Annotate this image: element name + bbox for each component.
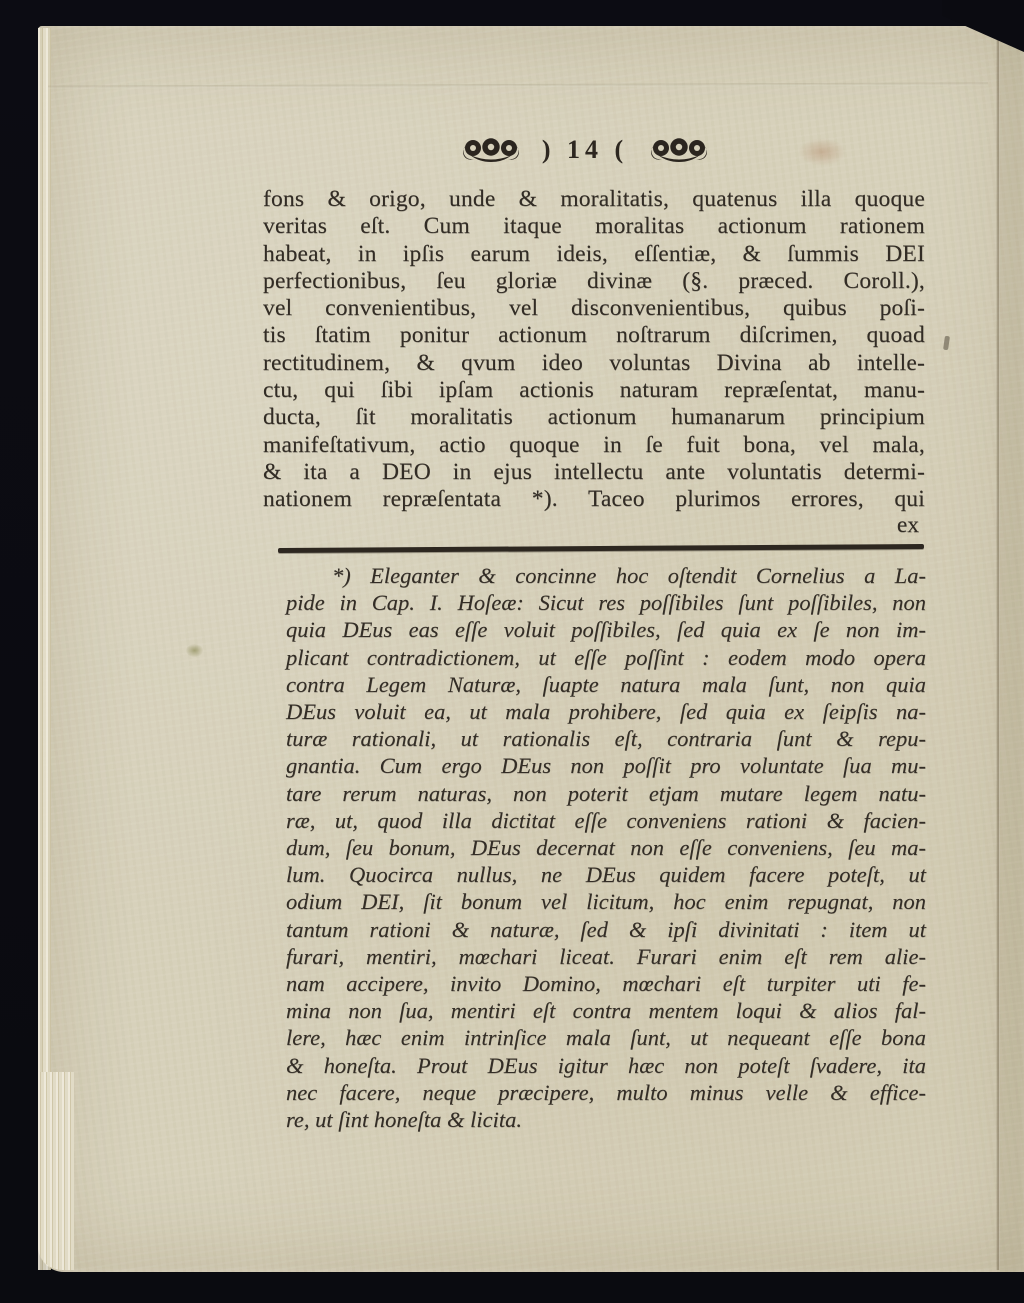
footnote-block: *) Eleganter & concinne hoc oſtendit Cor… bbox=[286, 562, 926, 1133]
text-line: manifeſtativum, actio quoque in ſe fuit … bbox=[263, 432, 925, 459]
footnote-line: tantum rationi & naturæ, ſed & ipſi divi… bbox=[286, 916, 926, 943]
page-margin-shade bbox=[1000, 26, 1024, 1272]
footnote-line: & honeſta. Prout DEus igitur hæc non pot… bbox=[286, 1052, 926, 1079]
footnote-line: *) Eleganter & concinne hoc oſtendit Cor… bbox=[286, 562, 926, 589]
footnote-line: nam accipere, invito Domino, mœchari eſt… bbox=[286, 970, 926, 997]
text-line: ducta, ſit moralitatis actionum humanaru… bbox=[263, 404, 925, 431]
footnote-line: re, ut ſint honeſta & licita. bbox=[286, 1106, 926, 1133]
footnote-line: plicant contradictionem, ut eſſe poſſint… bbox=[286, 644, 926, 671]
paper-speck bbox=[186, 644, 203, 657]
text-line: habeat, in ipſis earum ideis, eſſentiæ, … bbox=[263, 241, 925, 268]
text-line: fons & origo, unde & moralitatis, quaten… bbox=[263, 186, 925, 213]
text-line: ctu, qui ſibi ipſam actionis naturam rep… bbox=[263, 377, 925, 404]
text-line: vel convenientibus, vel disconvenientibu… bbox=[263, 295, 925, 322]
footnote-line: pide in Cap. I. Hoſeæ: Sicut res poſſibi… bbox=[286, 589, 926, 616]
footnote-line: ræ, ut, quod illa dictitat eſſe convenie… bbox=[286, 807, 926, 834]
footnote-line: DEus voluit ea, ut mala prohibere, ſed q… bbox=[286, 698, 926, 725]
footnote-line: nec facere, neque præcipere, multo minus… bbox=[286, 1079, 926, 1106]
fleuron-ornament-left bbox=[460, 136, 522, 164]
footnote-line: gnantia. Cum ergo DEus non poſſit pro vo… bbox=[286, 752, 926, 779]
footnote-line: odium DEI, ſit bonum vel licitum, hoc en… bbox=[286, 888, 926, 915]
text-line: & ita a DEO in ejus intellectu ante volu… bbox=[263, 459, 925, 486]
page-header: ) 14 ( bbox=[265, 133, 905, 167]
text-line: rectitudinem, & qvum ideo voluntas Divin… bbox=[263, 350, 925, 377]
main-text-block: fons & origo, unde & moralitatis, quaten… bbox=[263, 186, 925, 514]
footnote-line: mina non ſua, mentiri eſt contra mentem … bbox=[286, 997, 926, 1024]
catchword: ex bbox=[263, 512, 919, 539]
footnote-line: turæ rationali, ut rationalis eſt, contr… bbox=[286, 725, 926, 752]
footnote-line: tare rerum naturas, non poterit etjam mu… bbox=[286, 780, 926, 807]
page-edges-stack-bottom bbox=[38, 1072, 74, 1270]
fleuron-ornament-right bbox=[648, 136, 710, 164]
text-line: perfectionibus, ſeu gloriæ divinæ (§. pr… bbox=[263, 268, 925, 295]
text-line: tis ſtatim ponitur actionum noſtrarum di… bbox=[263, 322, 925, 349]
page-number: ) 14 ( bbox=[542, 135, 628, 165]
text-line: nationem repræſentata *). Taceo plurimos… bbox=[263, 486, 925, 513]
footnote-line: lum. Quocirca nullus, ne DEus quidem fac… bbox=[286, 861, 926, 888]
footnote-line: furari, mentiri, mœchari liceat. Furari … bbox=[286, 943, 926, 970]
footnote-line: dum, ſeu bonum, DEus decernat non eſſe c… bbox=[286, 834, 926, 861]
footnote-line: lere, hæc enim intrinſice mala ſunt, ut … bbox=[286, 1024, 926, 1051]
footnote-line: contra Legem Naturæ, ſuapte natura mala … bbox=[286, 671, 926, 698]
text-line: veritas eſt. Cum itaque moralitas action… bbox=[263, 213, 925, 240]
footnote-line: quia DEus eas eſſe voluit poſſibiles, ſe… bbox=[286, 616, 926, 643]
